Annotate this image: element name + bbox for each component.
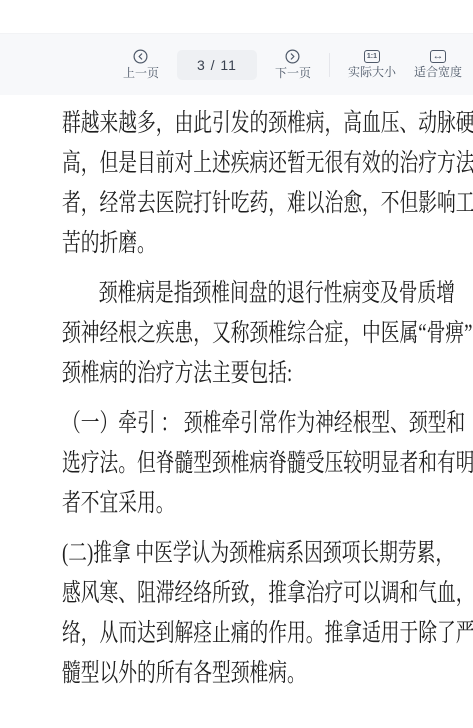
toolbar-divider [329,53,330,77]
text-line: 颈神经根之疾患，又称颈椎综合症，中医属“骨痹” [62,314,473,354]
chevron-right-circle-icon [285,49,300,64]
next-page-label: 下一页 [275,67,311,80]
actual-size-icon: 1:1 [364,50,380,63]
fit-width-icon: ↔ [430,50,446,63]
paragraph: （一）牵引 ： 颈椎牵引常作为神经根型、颈型和 选疗法。但脊髓型颈椎病脊髓受压较… [62,404,473,524]
paragraph: (二)推拿 中医学认为颈椎病系因颈项长期劳累， 感风寒、阻滞经络所致，推拿治疗可… [62,534,473,694]
text-line: （一）牵引 ： 颈椎牵引常作为神经根型、颈型和 [62,404,473,444]
text-line: 选疗法。但脊髓型颈椎病脊髓受压较明显者和有明 [62,444,473,484]
text-line: 苦的折磨。 [62,224,473,264]
text-line: 髓型以外的所有各型颈椎病。 [62,654,473,694]
pager-toolbar: 上一页 3 / 11 下一页 1:1 实际大小 ↔ 适合宽度 [0,33,473,95]
fit-width-button[interactable]: ↔ 适合宽度 [414,50,462,79]
text-line: (二)推拿 中医学认为颈椎病系因颈项长期劳累， [62,534,473,574]
page-indicator-input[interactable]: 3 / 11 [177,50,257,80]
fit-width-label: 适合宽度 [414,66,462,79]
chevron-left-circle-icon [133,49,148,64]
window-top-spacer [0,0,473,33]
next-page-button[interactable]: 下一页 [275,49,311,80]
text-line: 感风寒、阻滞经络所致，推拿治疗可以调和气血， [62,574,473,614]
text-line: 络，从而达到解痉止痛的作用。推拿适用于除了严 [62,614,473,654]
paragraph: 群越来越多，由此引发的颈椎病，高血压、动脉硬 高，但是目前对上述疾病还暂无很有效… [62,104,473,264]
actual-size-label: 实际大小 [348,66,396,79]
prev-page-button[interactable]: 上一页 [123,49,159,80]
text-line: 颈椎病的治疗方法主要包括: [62,354,473,394]
prev-page-label: 上一页 [123,67,159,80]
text-line: 群越来越多，由此引发的颈椎病，高血压、动脉硬 [62,104,473,144]
document-page[interactable]: 群越来越多，由此引发的颈椎病，高血压、动脉硬 高，但是目前对上述疾病还暂无很有效… [0,95,473,728]
text-line: 者不宜采用。 [62,484,473,524]
paragraph: 颈椎病是指颈椎间盘的退行性病变及骨质增 颈神经根之疾患，又称颈椎综合症，中医属“… [62,274,473,394]
text-line: 高，但是目前对上述疾病还暂无很有效的治疗方法 [62,144,473,184]
actual-size-button[interactable]: 1:1 实际大小 [348,50,396,79]
text-line: 颈椎病是指颈椎间盘的退行性病变及骨质增 [62,274,473,314]
text-line: 者，经常去医院打针吃药，难以治愈，不但影响工 [62,184,473,224]
